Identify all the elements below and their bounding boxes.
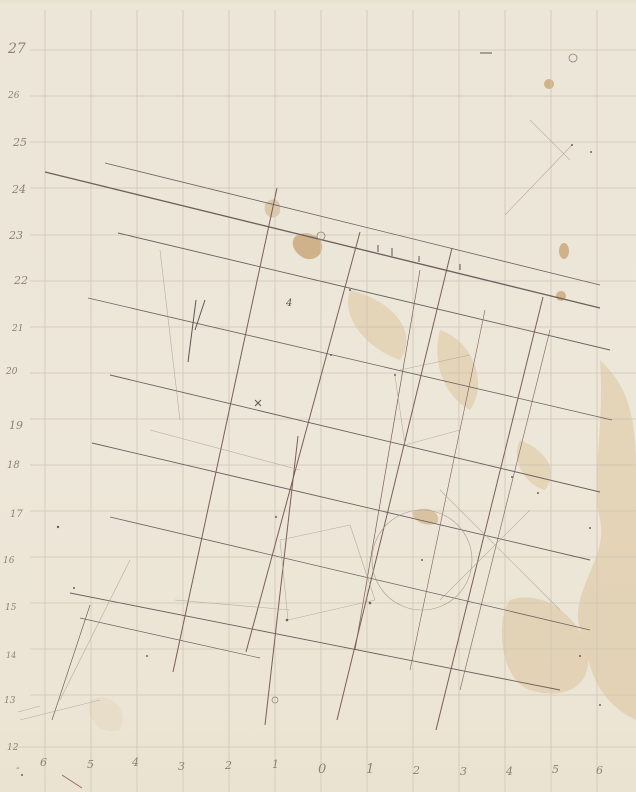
- y-label-22: 22: [14, 275, 28, 286]
- x-label-5: 5: [552, 764, 559, 775]
- x-label-0: 0: [318, 764, 326, 775]
- y-label-15: 15: [5, 603, 16, 614]
- x-label-2: 2: [413, 765, 420, 776]
- x-label-neg3: 3: [178, 761, 185, 772]
- y-label-26: 26: [8, 91, 19, 102]
- y-label-13: 13: [4, 696, 15, 707]
- y-label-27: 27: [8, 44, 26, 55]
- y-label-19: 19: [9, 420, 23, 431]
- x-label-dash: -: [16, 762, 20, 773]
- y-label-14: 14: [6, 650, 16, 661]
- y-label-18: 18: [7, 460, 20, 471]
- y-label-17: 17: [10, 509, 23, 520]
- small-circle-top: [569, 54, 577, 62]
- x-label-neg5: 5: [87, 759, 94, 770]
- y-label-12: 12: [7, 743, 18, 754]
- x-label-3: 3: [460, 766, 467, 777]
- x-label-6: 6: [596, 765, 603, 776]
- y-label-21: 21: [12, 324, 23, 335]
- x-label-neg1: 1: [272, 759, 279, 770]
- y-label-25: 25: [13, 137, 27, 148]
- x-label-4: 4: [506, 766, 513, 777]
- y-label-23: 23: [9, 230, 23, 241]
- x-label-neg6: 6: [40, 757, 47, 768]
- y-label-16: 16: [3, 556, 14, 567]
- x-label-neg4: 4: [132, 757, 139, 768]
- y-label-24: 24: [12, 184, 26, 195]
- drawing-canvas: [0, 0, 636, 792]
- point-annotation: 4: [286, 298, 292, 309]
- y-label-20: 20: [6, 367, 17, 378]
- bottom-red-stroke: [62, 775, 82, 788]
- water-stains: [89, 290, 636, 731]
- x-label-1: 1: [366, 764, 374, 775]
- x-label-neg2: 2: [225, 760, 232, 771]
- graph-paper-sheet: 27 26 25 24 23 22 21 20 19 18 17 16 15 1…: [0, 0, 636, 792]
